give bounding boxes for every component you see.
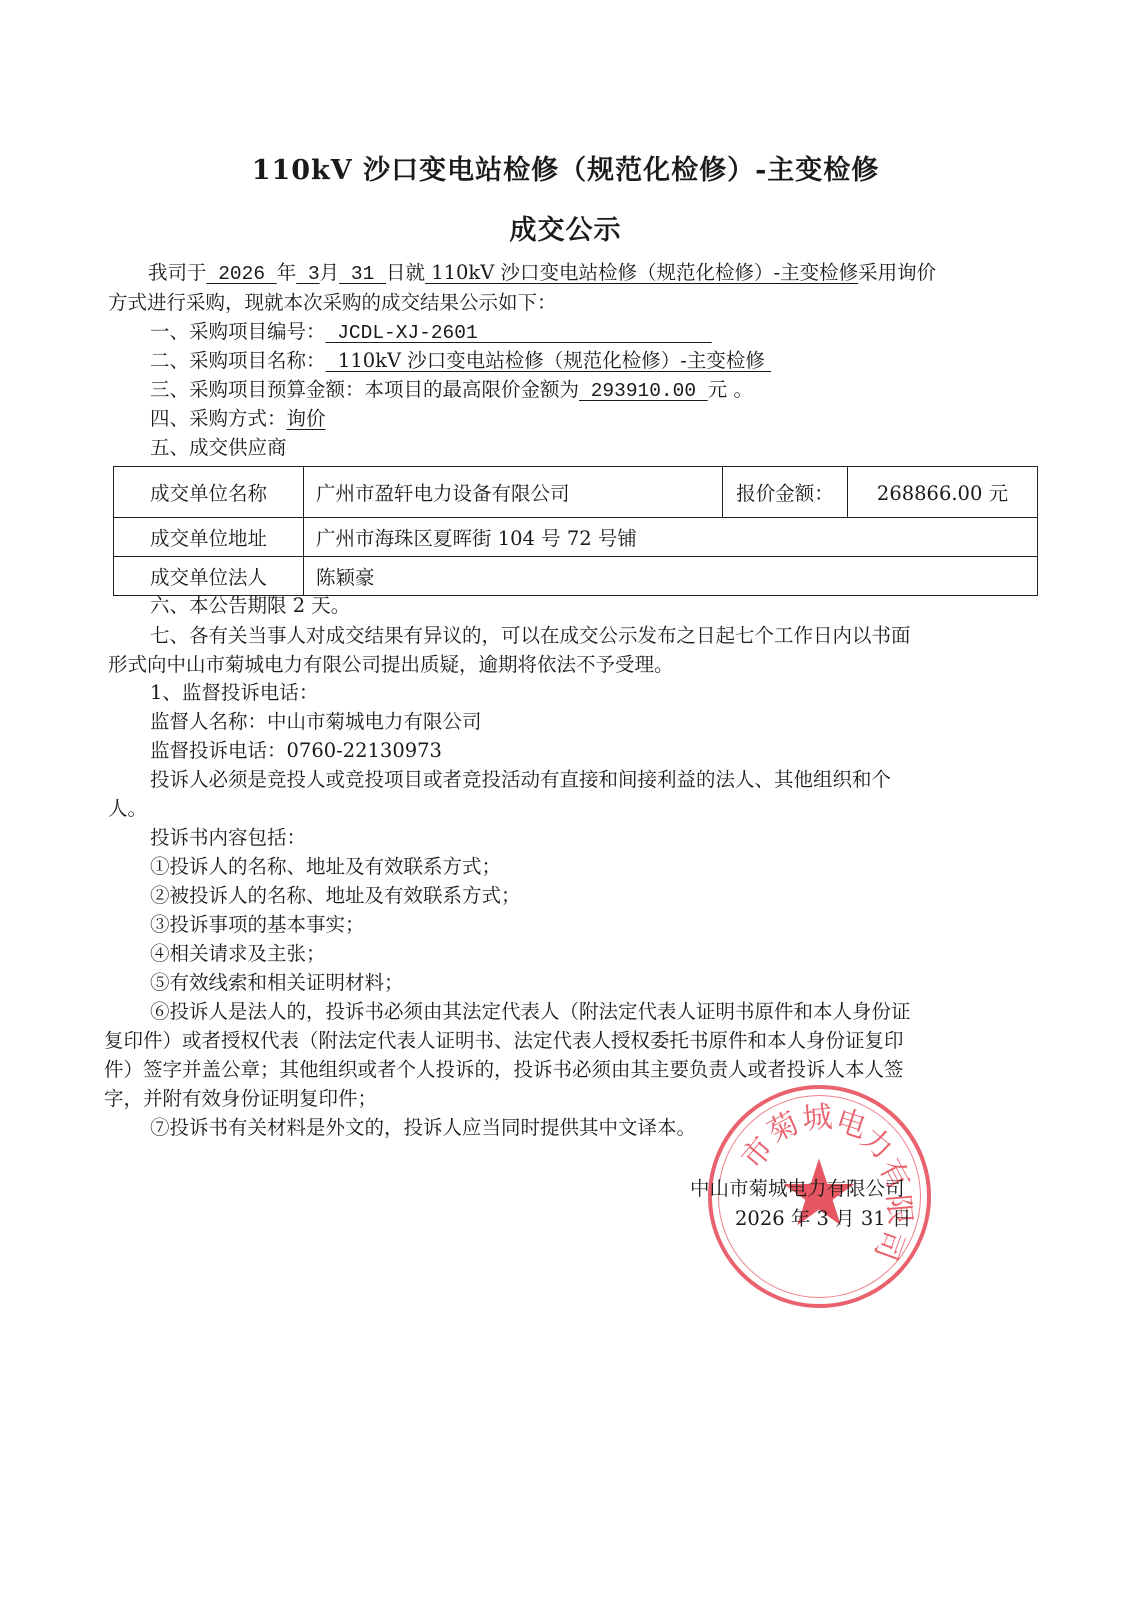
supervisor-name: 监督人名称：中山市菊城电力有限公司 xyxy=(150,708,482,736)
complaint-contents-heading: 投诉书内容包括： xyxy=(150,824,306,852)
item1-value: JCDL-XJ-2601 xyxy=(326,322,712,344)
item-notice-period: 六、本公告期限 2 天。 xyxy=(150,592,350,620)
supplier-address-label: 成交单位地址 xyxy=(114,518,304,557)
item-objection-line-1: 七、各有关当事人对成交结果有异议的，可以在成交公示发布之日起七个工作日内以书面 xyxy=(150,622,911,650)
item-method: 四、采购方式：询价 xyxy=(150,405,326,433)
complaint-item-6-line-1: ⑥投诉人是法人的，投诉书必须由其法定代表人（附法定代表人证明书原件和本人身份证 xyxy=(150,998,911,1026)
complaint-item-2: ②被投诉人的名称、地址及有效联系方式； xyxy=(150,882,521,910)
seal-char: 电 xyxy=(831,1095,873,1146)
document-subtitle: 成交公示 xyxy=(0,208,1131,247)
seal-char: 市 xyxy=(729,1125,782,1176)
item-objection-line-2: 形式向中山市菊城电力有限公司提出质疑，逾期将依法不予受理。 xyxy=(108,651,674,679)
item3-value: 293910.00 xyxy=(579,380,708,402)
intro-month-suffix: 月 xyxy=(320,261,340,284)
item-budget: 三、采购项目预算金额：本项目的最高限价金额为 293910.00 元 。 xyxy=(150,376,753,405)
supplier-name-value: 广州市盈轩电力设备有限公司 xyxy=(304,467,723,518)
item3-suffix: 元 。 xyxy=(708,378,753,401)
supplier-legal-value: 陈颖豪 xyxy=(304,557,1038,596)
intro-suffix: 采用询价 xyxy=(858,261,936,284)
item2-value: 110kV 沙口变电站检修（规范化检修）-主变检修 xyxy=(326,349,772,372)
item-supplier-heading: 五、成交供应商 xyxy=(150,434,287,462)
intro-day-suffix: 日就 xyxy=(386,261,425,284)
intro-month: 3 xyxy=(296,263,319,285)
item-project-name: 二、采购项目名称： 110kV 沙口变电站检修（规范化检修）-主变检修 xyxy=(150,347,771,375)
seal-char: 力 xyxy=(853,1115,904,1168)
intro-prefix: 我司于 xyxy=(148,261,207,284)
intro-year: 2026 xyxy=(207,263,277,285)
item1-label: 一、采购项目编号： xyxy=(150,320,326,343)
seal-char: 城 xyxy=(800,1092,834,1138)
supplier-table: 成交单位名称 广州市盈轩电力设备有限公司 报价金额： 268866.00 元 成… xyxy=(113,466,1038,596)
complainant-line-1: 投诉人必须是竞投人或竞投项目或者竞投活动有直接和间接利益的法人、其他组织和个 xyxy=(150,766,891,794)
table-row: 成交单位地址 广州市海珠区夏晖街 104 号 72 号铺 xyxy=(114,518,1038,557)
item-project-number: 一、采购项目编号： JCDL-XJ-2601 xyxy=(150,318,712,347)
document-title: 110kV 沙口变电站检修（规范化检修）-主变检修 xyxy=(0,148,1131,187)
price-label: 报价金额： xyxy=(723,467,848,518)
complainant-line-2: 人。 xyxy=(108,795,147,823)
intro-line-2: 方式进行采购，现就本次采购的成交结果公示如下： xyxy=(108,289,557,317)
intro-line-1: 我司于 2026 年 3月 31 日就 110kV 沙口变电站检修（规范化检修）… xyxy=(148,259,936,288)
intro-day: 31 xyxy=(339,263,386,285)
complaint-item-6-line-2: 复印件）或者授权代表（附法定代表人证明书、法定代表人授权委托书原件和本人身份证复… xyxy=(104,1027,904,1055)
supplier-address-value: 广州市海珠区夏晖街 104 号 72 号铺 xyxy=(304,518,1038,557)
item3-label: 三、采购项目预算金额：本项目的最高限价金额为 xyxy=(150,378,579,401)
complaint-item-6-line-3: 件）签字并盖公章；其他组织或者个人投诉的，投诉书必须由其主要负责人或者投诉人本人… xyxy=(104,1056,904,1084)
price-value: 268866.00 元 xyxy=(848,467,1038,518)
intro-year-suffix: 年 xyxy=(277,261,297,284)
complaint-item-3: ③投诉事项的基本事实； xyxy=(150,911,365,939)
supplier-name-label: 成交单位名称 xyxy=(114,467,304,518)
intro-project: 110kV 沙口变电站检修（规范化检修）-主变检修 xyxy=(425,261,858,284)
complaint-item-5: ⑤有效线索和相关证明材料； xyxy=(150,969,404,997)
complaint-item-6-line-4: 字，并附有效身份证明复印件； xyxy=(104,1085,377,1113)
table-row: 成交单位名称 广州市盈轩电力设备有限公司 报价金额： 268866.00 元 xyxy=(114,467,1038,518)
item4-label: 四、采购方式： xyxy=(150,407,287,430)
seal-char: 菊 xyxy=(758,1099,805,1152)
supervision-phone: 监督投诉电话：0760-22130973 xyxy=(150,737,442,765)
complaint-item-1: ①投诉人的名称、地址及有效联系方式； xyxy=(150,853,501,881)
signature-company: 中山市菊城电力有限公司 xyxy=(690,1173,905,1201)
complaint-item-7: ⑦投诉书有关材料是外文的，投诉人应当同时提供其中文译本。 xyxy=(150,1114,696,1142)
supervision-heading: 1、监督投诉电话： xyxy=(150,679,318,707)
complaint-item-4: ④相关请求及主张； xyxy=(150,940,326,968)
supplier-legal-label: 成交单位法人 xyxy=(114,557,304,596)
item2-label: 二、采购项目名称： xyxy=(150,349,326,372)
table-row: 成交单位法人 陈颖豪 xyxy=(114,557,1038,596)
item4-value: 询价 xyxy=(287,407,326,430)
signature-date: 2026 年 3 月 31 日 xyxy=(735,1203,911,1231)
